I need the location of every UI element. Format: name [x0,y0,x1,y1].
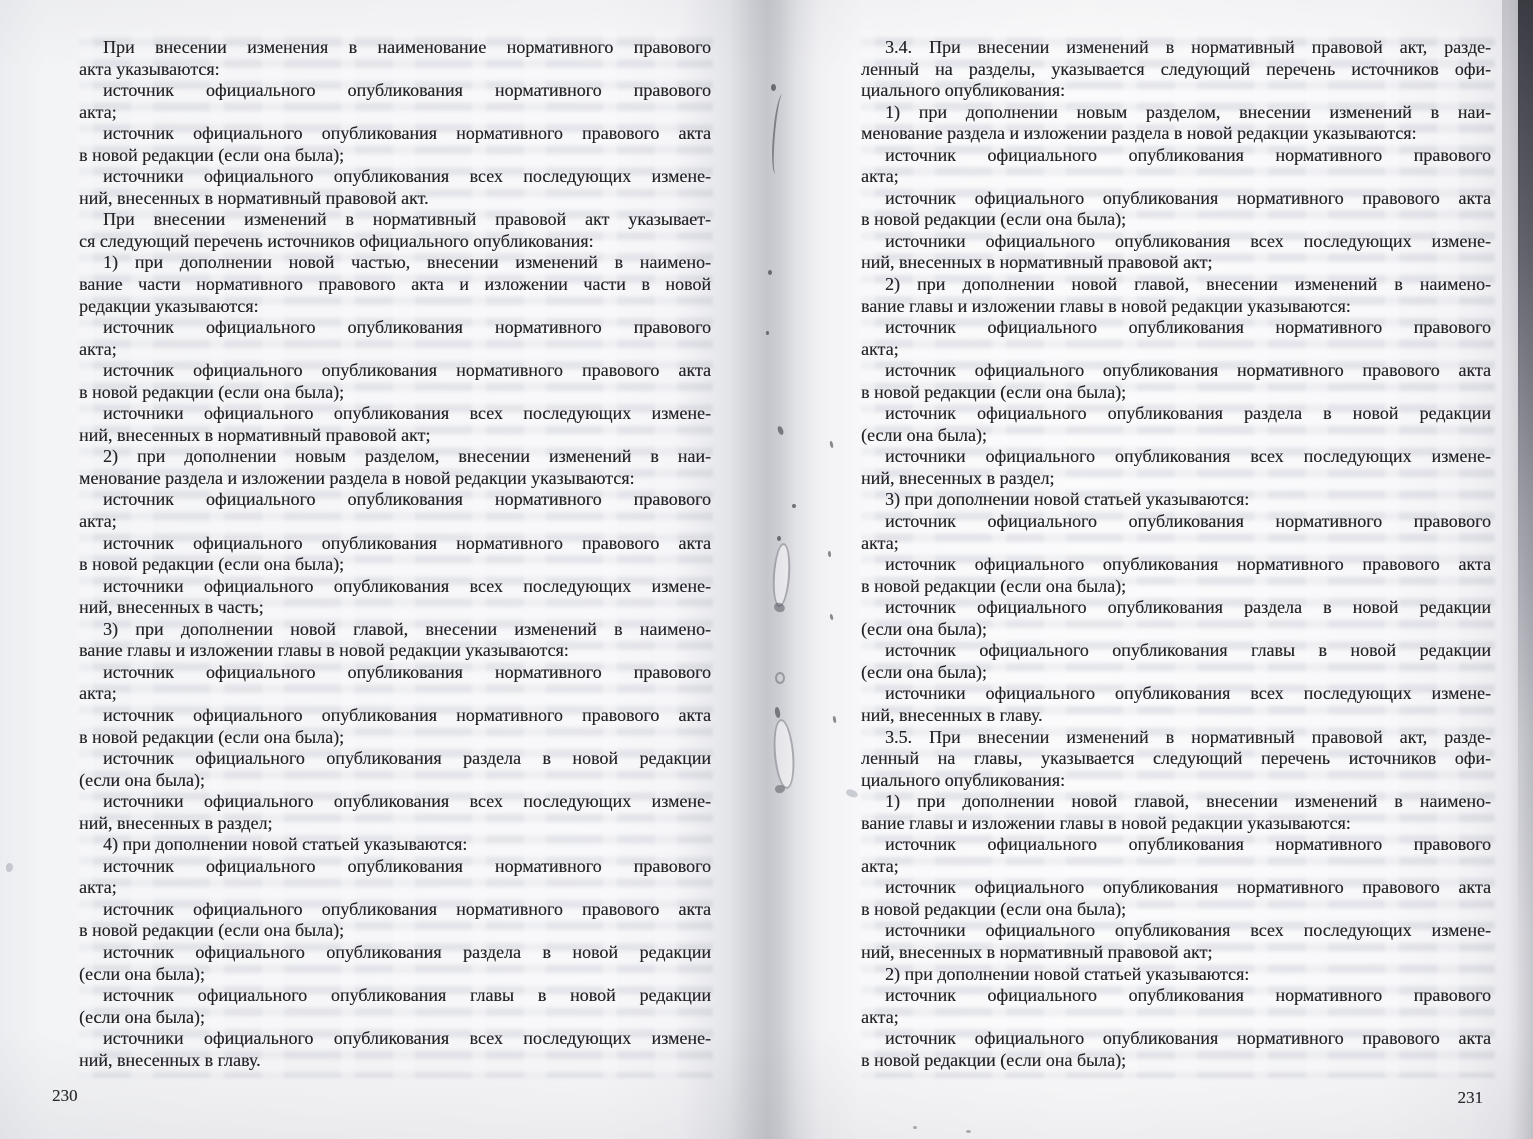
binding-thread-mark [774,784,785,794]
text-line: ний, внесенных в нормативный правовой ак… [79,188,711,210]
text-line: вание главы и изложении главы в новой ре… [861,296,1491,318]
text-line: источники официального опубликования все… [861,683,1491,705]
text-line: источник официального опубликования норм… [861,834,1491,856]
text-line: источник официального опубликования норм… [79,662,711,684]
text-line: акта; [79,339,711,361]
text-line: ний, внесенных в нормативный правовой ак… [861,942,1491,964]
text-line: источник официального опубликования норм… [79,705,711,727]
text-line: акта; [861,166,1491,188]
text-line: вание части нормативного правового акта … [79,274,711,296]
text-line: 3.5. При внесении изменений в нормативны… [861,727,1491,749]
binding-thread-loop [771,718,797,789]
paper-speck [966,1130,971,1133]
text-line: акта; [861,856,1491,878]
text-line: в новой редакции (если она была); [79,145,711,167]
text-line: источники официального опубликования все… [79,791,711,813]
paper-smudge [845,788,859,799]
text-line: акта; [861,1007,1491,1029]
text-line: циального опубликования: [861,80,1491,102]
binding-thread-mark [773,602,786,614]
text-line: (если она была); [79,770,711,792]
text-line: ний, внесенных в раздел; [79,813,711,835]
text-line: ний, внесенных в нормативный правовой ак… [861,252,1491,274]
text-line: При внесении изменений в нормативный пра… [79,209,711,231]
text-line: источник официального опубликования норм… [861,360,1491,382]
text-line: акта; [79,102,711,124]
text-line: источники официального опубликования все… [861,231,1491,253]
text-line: источник официального опубликования норм… [861,1028,1491,1050]
text-line: менование раздела и изложении раздела в … [79,468,711,490]
text-line: ний, внесенных в раздел; [861,468,1491,490]
text-line: акта; [861,339,1491,361]
text-line: акта; [861,533,1491,555]
text-line: 1) при дополнении новой главой, внесении… [861,791,1491,813]
text-line: источники официального опубликования все… [79,166,711,188]
text-line: 3) при дополнении новой главой, внесении… [79,619,711,641]
binding-thread-mark [792,504,796,508]
text-line: 3) при дополнении новой статьей указываю… [861,489,1491,511]
ink-fleck [829,441,834,449]
text-line: в новой редакции (если она была); [79,554,711,576]
text-line: источник официального опубликования норм… [861,877,1491,899]
text-line: источники официального опубликования все… [861,920,1491,942]
text-line: источник официального опубликования норм… [861,985,1491,1007]
text-line: 3.4. При внесении изменений в нормативны… [861,37,1491,59]
binding-thread-mark [774,707,782,719]
text-line: источник официального опубликования норм… [861,511,1491,533]
text-line: 2) при дополнении новой статьей указываю… [861,964,1491,986]
text-line: 4) при дополнении новой статьей указываю… [79,834,711,856]
text-line: циального опубликования: [861,770,1491,792]
text-line: источник официального опубликования разд… [861,403,1491,425]
text-line: в новой редакции (если она была); [79,920,711,942]
text-line: ний, внесенных в нормативный правовой ак… [79,425,711,447]
text-line: источник официального опубликования норм… [79,123,711,145]
text-line: 2) при дополнении новым разделом, внесен… [79,446,711,468]
page-230-text-column: При внесении изменения в наименование но… [79,37,711,1071]
binding-thread-loop [771,542,792,607]
text-line: акта указываются: [79,59,711,81]
binding-thread-mark [776,425,785,435]
text-line: источник официального опубликования разд… [79,748,711,770]
text-line: источник официального опубликования норм… [861,317,1491,339]
binding-thread-mark [771,84,776,91]
ink-fleck [832,716,837,724]
binding-thread-mark [766,331,769,335]
ink-fleck [829,614,834,621]
text-line: источники официального опубликования все… [79,403,711,425]
text-line: источник официального опубликования норм… [79,489,711,511]
page-231-text-column: 3.4. При внесении изменений в нормативны… [861,37,1491,1071]
text-line: в новой редакции (если она была); [861,382,1491,404]
ink-fleck [827,551,831,557]
text-line: ся следующий перечень источников официал… [79,231,711,253]
text-line: ний, внесенных в главу. [861,705,1491,727]
binding-thread-mark [777,536,781,541]
text-line: в новой редакции (если она была); [861,1050,1491,1072]
text-line: (если она была); [861,619,1491,641]
text-line: источник официального опубликования норм… [861,188,1491,210]
text-line: источник официального опубликования норм… [79,533,711,555]
book-scan: При внесении изменения в наименование но… [0,0,1533,1139]
text-line: редакции указываются: [79,296,711,318]
text-line: (если она была); [861,662,1491,684]
text-line: (если она была); [79,964,711,986]
text-line: в новой редакции (если она была); [861,576,1491,598]
text-line: При внесении изменения в наименование но… [79,37,711,59]
text-line: ний, внесенных в главу. [79,1050,711,1072]
page-number-left: 230 [52,1086,78,1106]
binding-thread-mark [768,270,772,275]
text-line: ленный на главы, указывается следующий п… [861,748,1491,770]
text-line: источник официального опубликования норм… [79,317,711,339]
text-line: источник официального опубликования норм… [79,360,711,382]
text-line: источник официального опубликования разд… [79,942,711,964]
text-line: акта; [79,683,711,705]
text-line: источник официального опубликования норм… [861,145,1491,167]
text-line: (если она была); [861,425,1491,447]
text-line: акта; [79,877,711,899]
text-line: 2) при дополнении новой главой, внесении… [861,274,1491,296]
text-line: в новой редакции (если она была); [861,209,1491,231]
text-line: ленный на разделы, указывается следующий… [861,59,1491,81]
text-line: источники официального опубликования все… [79,1028,711,1050]
text-line: источник официального опубликования глав… [861,640,1491,662]
binding-thread-mark [770,94,789,175]
text-line: источник официального опубликования норм… [861,554,1491,576]
page-number-right: 231 [861,1088,1483,1108]
text-line: 1) при дополнении новым разделом, внесен… [861,102,1491,124]
text-line: источник официального опубликования глав… [79,985,711,1007]
page-edge-shadow [1518,0,1533,1139]
text-line: источник официального опубликования разд… [861,597,1491,619]
text-line: источник официального опубликования норм… [79,80,711,102]
text-line: (если она была); [79,1007,711,1029]
text-line: в новой редакции (если она была); [861,899,1491,921]
text-line: в новой редакции (если она была); [79,727,711,749]
text-line: 1) при дополнении новой частью, внесении… [79,252,711,274]
text-line: менование раздела и изложении раздела в … [861,123,1491,145]
text-line: источник официального опубликования норм… [79,856,711,878]
text-line: вание главы и изложении главы в новой ре… [79,640,711,662]
text-line: ний, внесенных в часть; [79,597,711,619]
binding-thread-mark [775,672,785,684]
text-line: в новой редакции (если она была); [79,382,711,404]
text-line: источник официального опубликования норм… [79,899,711,921]
paper-speck [913,1126,917,1129]
text-line: источники официального опубликования все… [861,446,1491,468]
text-line: вание главы и изложении главы в новой ре… [861,813,1491,835]
text-line: акта; [79,511,711,533]
paper-speck [6,863,13,872]
text-line: источники официального опубликования все… [79,576,711,598]
